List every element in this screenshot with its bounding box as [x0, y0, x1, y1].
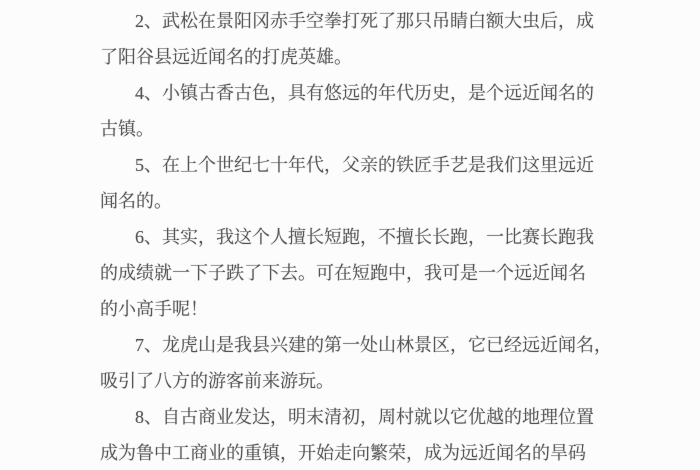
text-line: 的成绩就一下子跌了下去。可在短跑中，我可是一个远近闻名 [100, 255, 620, 291]
text-line: 5、在上个世纪七十年代，父亲的铁匠手艺是我们这里远近 [100, 147, 620, 183]
text-line: 古镇。 [100, 111, 620, 147]
text-line: 成为鲁中工商业的重镇，开始走向繁荣，成为远近闻名的旱码 [100, 435, 620, 470]
text-line: 6、其实，我这个人擅长短跑，不擅长长跑，一比赛长跑我 [100, 219, 620, 255]
text-line: 吸引了八方的游客前来游玩。 [100, 363, 620, 399]
text-line: 了阳谷县远近闻名的打虎英雄。 [100, 39, 620, 75]
text-line: 闻名的。 [100, 183, 620, 219]
text-line: 4、小镇古香古色，具有悠远的年代历史，是个远近闻名的 [100, 75, 620, 111]
text-line: 的小高手呢！ [100, 291, 620, 327]
document-page: 2、武松在景阳冈赤手空拳打死了那只吊睛白额大虫后，成了阳谷县远近闻名的打虎英雄。… [0, 0, 700, 470]
text-line: 7、龙虎山是我县兴建的第一处山林景区，它已经远近闻名， [100, 327, 620, 363]
text-line: 8、自古商业发达，明末清初，周村就以它优越的地理位置 [100, 399, 620, 435]
text-line: 2、武松在景阳冈赤手空拳打死了那只吊睛白额大虫后，成 [100, 3, 620, 39]
